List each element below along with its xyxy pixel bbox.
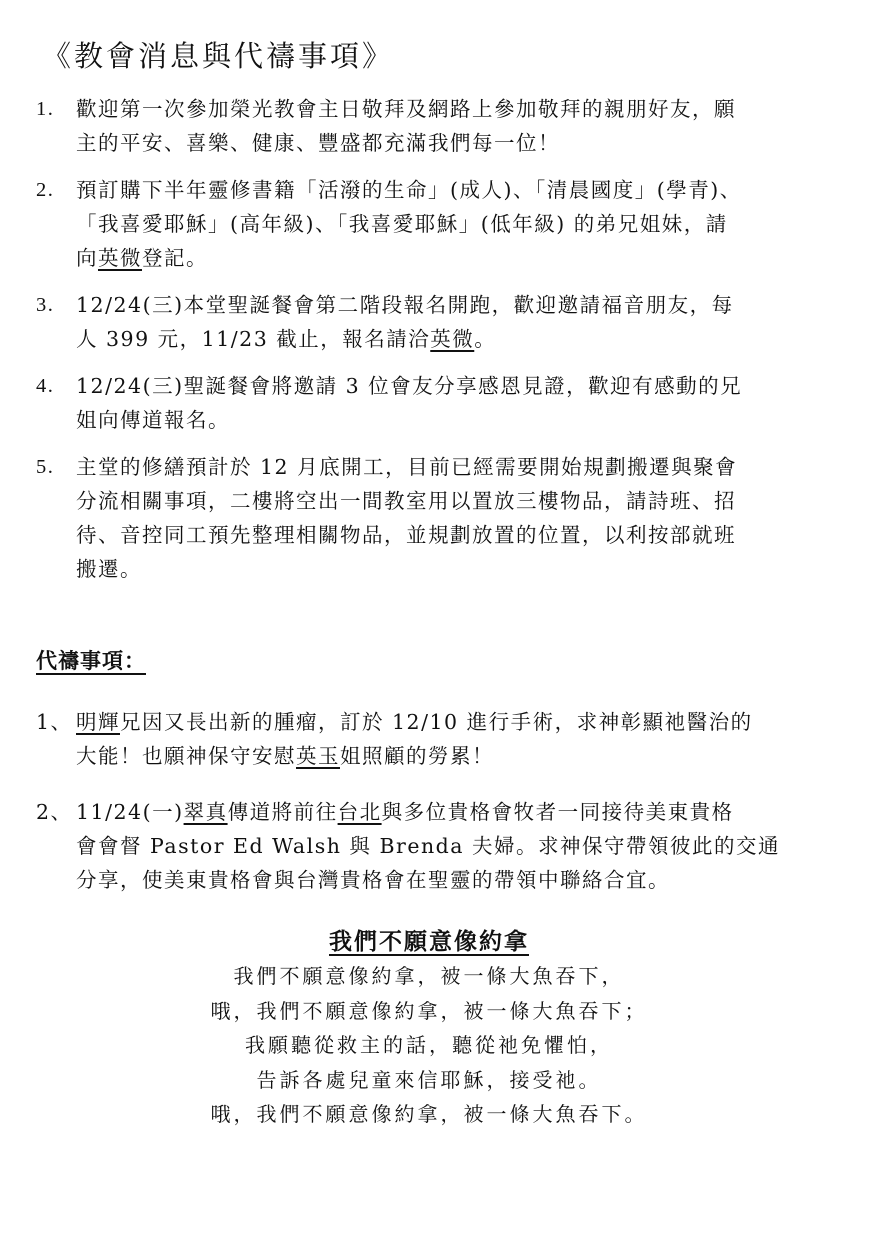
news-item: 2.預訂購下半年靈修書籍「活潑的生命」(成人)、「清晨國度」(學青)、「我喜愛耶… <box>36 173 826 275</box>
text-segment: 人 399 元，11/23 截止，報名請洽 <box>76 327 430 351</box>
underlined-name: 明輝 <box>76 710 120 734</box>
song-line: 哦，我們不願意像約拿，被一條大魚吞下； <box>0 994 858 1029</box>
text-line: 「我喜愛耶穌」(高年級)、「我喜愛耶穌」(低年級) 的弟兄姐妹，請 <box>76 207 826 241</box>
prayer-item: 2、11/24(一)翠真傳道將前往台北與多位貴格會牧者一同接待美東貴格會會督 P… <box>36 795 826 897</box>
text-segment: 主的平安、喜樂、健康、豐盛都充滿我們每一位！ <box>76 131 560 155</box>
song-title: 我們不願意像約拿 <box>329 925 529 959</box>
text-line: 明輝兄因又長出新的腫瘤，訂於 12/10 進行手術，求神彰顯祂醫治的 <box>76 705 826 739</box>
underlined-name: 翠真 <box>184 800 228 824</box>
item-number: 4. <box>36 369 76 437</box>
prayer-list: 1、明輝兄因又長出新的腫瘤，訂於 12/10 進行手術，求神彰顯祂醫治的大能！也… <box>36 705 826 919</box>
text-line: 搬遷。 <box>76 552 826 586</box>
text-segment: 姐照顧的勞累！ <box>340 744 494 768</box>
prayer-heading: 代禱事項： <box>36 645 146 675</box>
text-line: 大能！也願神保守安慰英玉姐照顧的勞累！ <box>76 739 826 773</box>
underlined-name: 台北 <box>338 800 382 824</box>
news-item: 4.12/24(三)聖誕餐會將邀請 3 位會友分享感恩見證，歡迎有感動的兄姐向傳… <box>36 369 826 437</box>
text-line: 歡迎第一次參加榮光教會主日敬拜及網路上參加敬拜的親朋好友，願 <box>76 92 826 126</box>
text-line: 12/24(三)聖誕餐會將邀請 3 位會友分享感恩見證，歡迎有感動的兄 <box>76 369 826 403</box>
text-line: 向英微登記。 <box>76 241 826 275</box>
text-segment: 搬遷。 <box>76 557 142 581</box>
item-number: 3. <box>36 288 76 356</box>
text-line: 會會督 Pastor Ed Walsh 與 Brenda 夫婦。求神保守帶領彼此… <box>76 829 826 863</box>
text-segment: 大能！也願神保守安慰 <box>76 744 296 768</box>
item-number: 2. <box>36 173 76 275</box>
text-segment: 「我喜愛耶穌」(高年級)、「我喜愛耶穌」(低年級) 的弟兄姐妹，請 <box>76 212 728 236</box>
text-segment: 向 <box>76 246 98 270</box>
item-text: 明輝兄因又長出新的腫瘤，訂於 12/10 進行手術，求神彰顯祂醫治的大能！也願神… <box>76 705 826 773</box>
item-text: 12/24(三)聖誕餐會將邀請 3 位會友分享感恩見證，歡迎有感動的兄姐向傳道報… <box>76 369 826 437</box>
text-segment: 主堂的修繕預計於 12 月底開工，目前已經需要開始規劃搬遷與聚會 <box>76 455 737 479</box>
text-segment: 會會督 Pastor Ed Walsh 與 Brenda 夫婦。求神保守帶領彼此… <box>76 834 780 858</box>
news-item: 1.歡迎第一次參加榮光教會主日敬拜及網路上參加敬拜的親朋好友，願主的平安、喜樂、… <box>36 92 826 160</box>
text-line: 主堂的修繕預計於 12 月底開工，目前已經需要開始規劃搬遷與聚會 <box>76 450 826 484</box>
item-number: 1、 <box>36 705 76 773</box>
text-segment: 分享，使美東貴格會與台灣貴格會在聖靈的帶領中聯絡合宜。 <box>76 868 670 892</box>
text-segment: 預訂購下半年靈修書籍「活潑的生命」(成人)、「清晨國度」(學青)、 <box>76 178 742 202</box>
item-text: 主堂的修繕預計於 12 月底開工，目前已經需要開始規劃搬遷與聚會分流相關事項，二… <box>76 450 826 586</box>
underlined-name: 英微 <box>98 246 142 270</box>
underlined-name: 英微 <box>430 327 474 351</box>
text-line: 主的平安、喜樂、健康、豐盛都充滿我們每一位！ <box>76 126 826 160</box>
text-line: 待、音控同工預先整理相關物品，並規劃放置的位置，以利按部就班 <box>76 518 826 552</box>
song-section: 我們不願意像約拿 我們不願意像約拿，被一條大魚吞下，哦，我們不願意像約拿，被一條… <box>0 925 858 1132</box>
prayer-item: 1、明輝兄因又長出新的腫瘤，訂於 12/10 進行手術，求神彰顯祂醫治的大能！也… <box>36 705 826 773</box>
text-segment: 與多位貴格會牧者一同接待美東貴格 <box>382 800 734 824</box>
text-line: 姐向傳道報名。 <box>76 403 826 437</box>
text-segment: 11/24(一) <box>76 800 184 824</box>
text-line: 人 399 元，11/23 截止，報名請洽英微。 <box>76 322 826 356</box>
text-line: 預訂購下半年靈修書籍「活潑的生命」(成人)、「清晨國度」(學青)、 <box>76 173 826 207</box>
underlined-name: 英玉 <box>296 744 340 768</box>
song-lyrics: 我們不願意像約拿，被一條大魚吞下，哦，我們不願意像約拿，被一條大魚吞下；我願聽從… <box>0 959 858 1132</box>
page-title: 《教會消息與代禱事項》 <box>42 36 394 76</box>
text-segment: 。 <box>474 327 496 351</box>
song-line: 告訴各處兒童來信耶穌，接受祂。 <box>0 1063 858 1098</box>
item-text: 預訂購下半年靈修書籍「活潑的生命」(成人)、「清晨國度」(學青)、「我喜愛耶穌」… <box>76 173 826 275</box>
text-line: 11/24(一)翠真傳道將前往台北與多位貴格會牧者一同接待美東貴格 <box>76 795 826 829</box>
item-number: 5. <box>36 450 76 586</box>
item-text: 歡迎第一次參加榮光教會主日敬拜及網路上參加敬拜的親朋好友，願主的平安、喜樂、健康… <box>76 92 826 160</box>
bulletin-page: 《教會消息與代禱事項》 1.歡迎第一次參加榮光教會主日敬拜及網路上參加敬拜的親朋… <box>0 0 878 1241</box>
item-number: 1. <box>36 92 76 160</box>
text-line: 分享，使美東貴格會與台灣貴格會在聖靈的帶領中聯絡合宜。 <box>76 863 826 897</box>
song-line: 哦，我們不願意像約拿，被一條大魚吞下。 <box>0 1097 858 1132</box>
item-number: 2、 <box>36 795 76 897</box>
text-segment: 歡迎第一次參加榮光教會主日敬拜及網路上參加敬拜的親朋好友，願 <box>76 97 736 121</box>
text-segment: 待、音控同工預先整理相關物品，並規劃放置的位置，以利按部就班 <box>76 523 736 547</box>
text-segment: 姐向傳道報名。 <box>76 408 230 432</box>
news-item: 3.12/24(三)本堂聖誕餐會第二階段報名開跑，歡迎邀請福音朋友，每人 399… <box>36 288 826 356</box>
text-segment: 兄因又長出新的腫瘤，訂於 12/10 進行手術，求神彰顯祂醫治的 <box>120 710 753 734</box>
text-segment: 傳道將前往 <box>228 800 338 824</box>
text-segment: 12/24(三)聖誕餐會將邀請 3 位會友分享感恩見證，歡迎有感動的兄 <box>76 374 742 398</box>
item-text: 11/24(一)翠真傳道將前往台北與多位貴格會牧者一同接待美東貴格會會督 Pas… <box>76 795 826 897</box>
news-list: 1.歡迎第一次參加榮光教會主日敬拜及網路上參加敬拜的親朋好友，願主的平安、喜樂、… <box>36 92 826 599</box>
text-line: 分流相關事項，二樓將空出一間教室用以置放三樓物品，請詩班、招 <box>76 484 826 518</box>
song-line: 我們不願意像約拿，被一條大魚吞下， <box>0 959 858 994</box>
item-text: 12/24(三)本堂聖誕餐會第二階段報名開跑，歡迎邀請福音朋友，每人 399 元… <box>76 288 826 356</box>
text-segment: 分流相關事項，二樓將空出一間教室用以置放三樓物品，請詩班、招 <box>76 489 736 513</box>
text-line: 12/24(三)本堂聖誕餐會第二階段報名開跑，歡迎邀請福音朋友，每 <box>76 288 826 322</box>
song-line: 我願聽從救主的話，聽從祂免懼怕， <box>0 1028 858 1063</box>
news-item: 5.主堂的修繕預計於 12 月底開工，目前已經需要開始規劃搬遷與聚會分流相關事項… <box>36 450 826 586</box>
text-segment: 登記。 <box>142 246 208 270</box>
text-segment: 12/24(三)本堂聖誕餐會第二階段報名開跑，歡迎邀請福音朋友，每 <box>76 293 734 317</box>
